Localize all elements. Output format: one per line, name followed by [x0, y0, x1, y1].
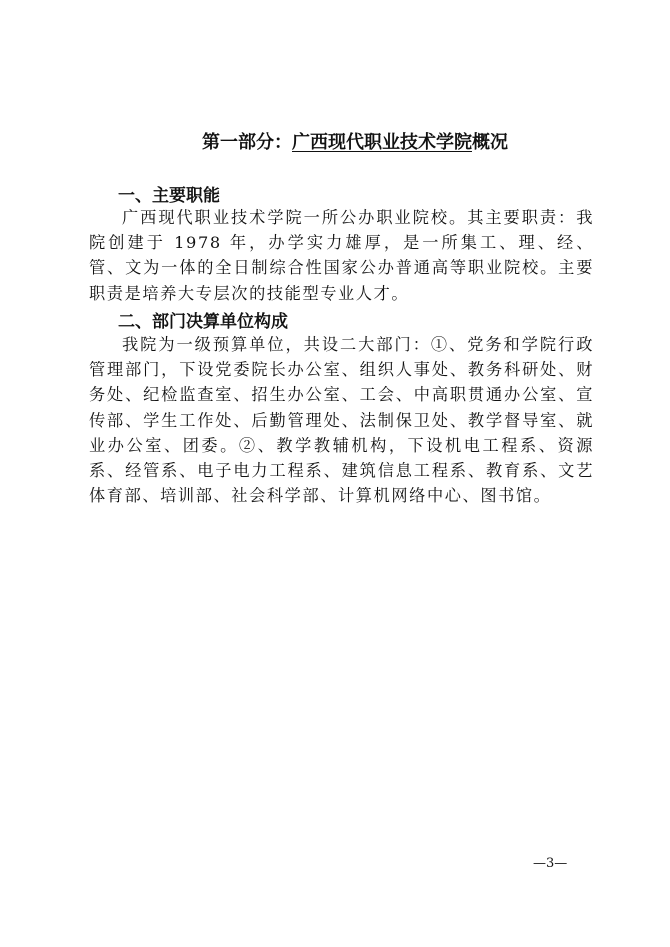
document-page: 第一部分：广西现代职业技术学院概况 一、主要职能 广西现代职业技术学院一所公办职…	[0, 0, 670, 947]
title-organization: 广西现代职业技术学院	[292, 132, 472, 153]
section-body-unit-composition: 我院为一级预算单位，共设二大部门：①、党务和学院行政管理部门，下设党委院长办公室…	[89, 332, 594, 508]
section-heading-unit-composition: 二、部门决算单位构成	[118, 307, 288, 332]
title-prefix: 第一部分：	[202, 132, 292, 153]
title-suffix: 概况	[472, 132, 508, 153]
section-heading-main-functions: 一、主要职能	[118, 181, 220, 206]
page-title: 第一部分：广西现代职业技术学院概况	[0, 128, 670, 154]
section-body-main-functions: 广西现代职业技术学院一所公办职业院校。其主要职责：我院创建于 1978 年，办学…	[89, 205, 594, 306]
page-number: —3—	[533, 856, 567, 871]
